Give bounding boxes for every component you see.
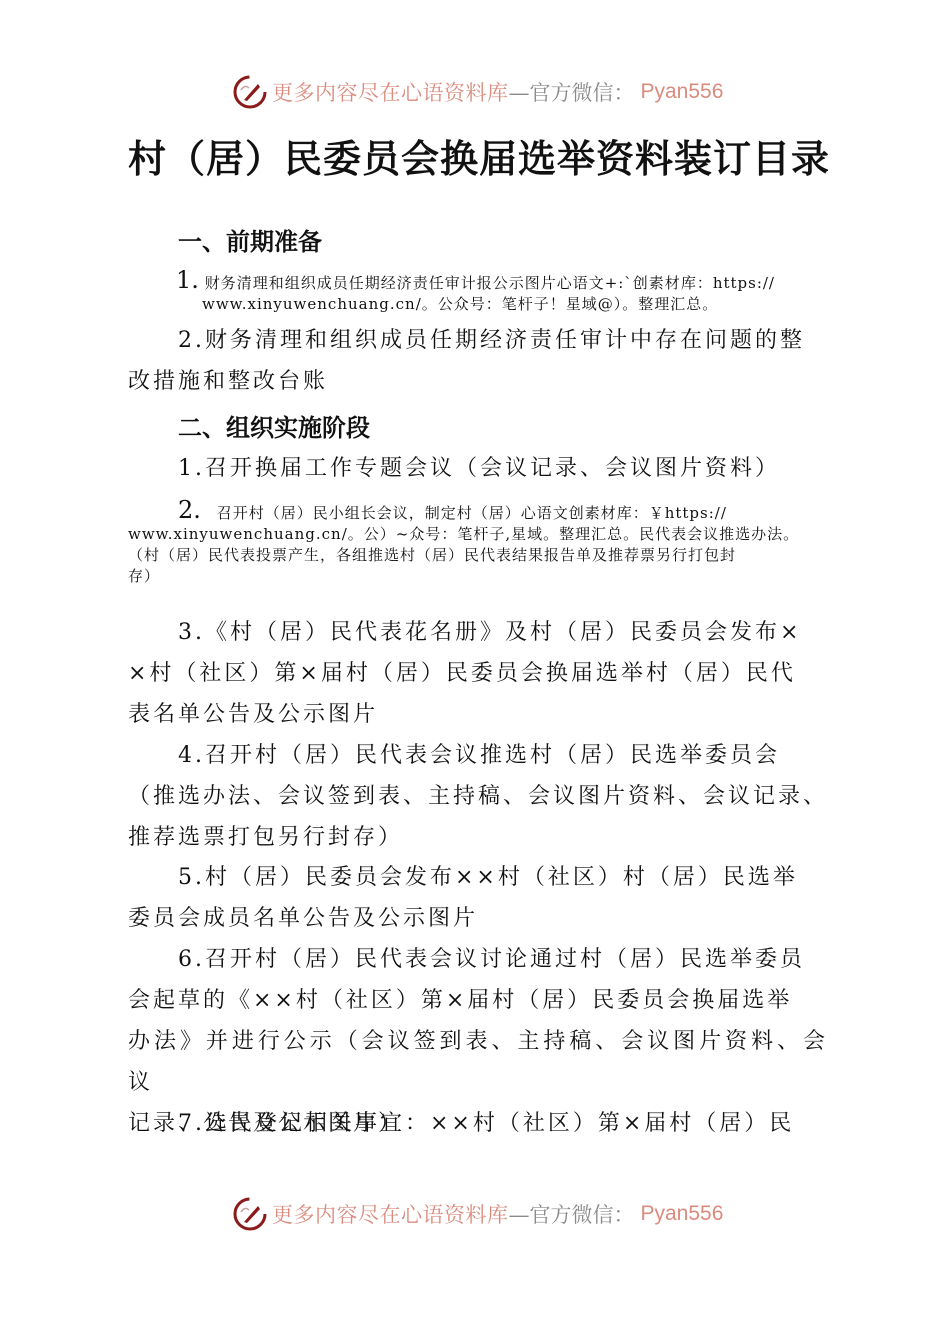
list-item: 3.《村（居）民代表花名册》及村（居）民委员会发布× ×村（社区）第×届村（居）… — [128, 612, 828, 735]
watermark-text-wechat-id: Pyan556 — [641, 80, 724, 104]
list-item: 4.召开村（居）民代表会议推选村（居）民选举委员会 （推选办法、会议签到表、主持… — [128, 735, 828, 858]
list-item: 2.财务清理和组织成员任期经济责任审计中存在问题的整 改措施和整改台账 — [128, 320, 828, 402]
watermark-text-library: 更多内容尽在心语资料库 — [272, 77, 509, 107]
quill-pen-logo-icon — [232, 74, 268, 110]
watermark-banner-bottom: 更多内容尽在心语资料库 —官方微信： Pyan556 — [232, 1194, 723, 1234]
list-item: 2. 召开村（居）民小组长会议，制定村（居）心语文创素材库：￥https:// … — [128, 500, 828, 587]
list-item: 1. 财务清理和组织成员任期经济责任审计报公示图片心语文+:`创素材库：http… — [176, 270, 836, 315]
list-item: 5.村（居）民委员会发布××村（社区）村（居）民选举 委员会成员名单公告及公示图… — [128, 857, 828, 939]
watermark-banner-top: 更多内容尽在心语资料库 —官方微信： Pyan556 — [232, 72, 723, 112]
page-title: 村（居）民委员会换届选举资料装订目录 — [128, 128, 828, 183]
list-item: 1.召开换届工作专题会议（会议记录、会议图片资料） — [128, 448, 828, 489]
watermark-text-wechat-label: —官方微信： — [509, 77, 635, 107]
watermark-text-wechat-id: Pyan556 — [641, 1202, 724, 1226]
list-item: 7.选民登记相关事宜：××村（社区）第×届村（居）民 — [128, 1103, 828, 1144]
section-heading-preparation: 一、前期准备 — [178, 222, 322, 257]
section-heading-implementation: 二、组织实施阶段 — [178, 408, 370, 443]
watermark-text-library: 更多内容尽在心语资料库 — [272, 1199, 509, 1229]
quill-pen-logo-icon — [232, 1196, 268, 1232]
watermark-text-wechat-label: —官方微信： — [509, 1199, 635, 1229]
